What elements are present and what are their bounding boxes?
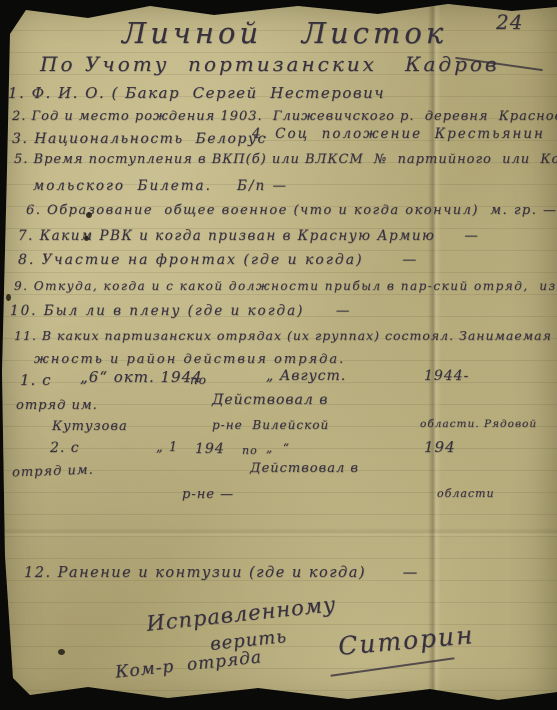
paper-sheet: 24 Личной Листок По Учоту портизанских К… [0, 0, 557, 710]
paper-vignette [0, 0, 557, 710]
document-scan: 24 Личной Листок По Учоту портизанских К… [0, 0, 557, 710]
